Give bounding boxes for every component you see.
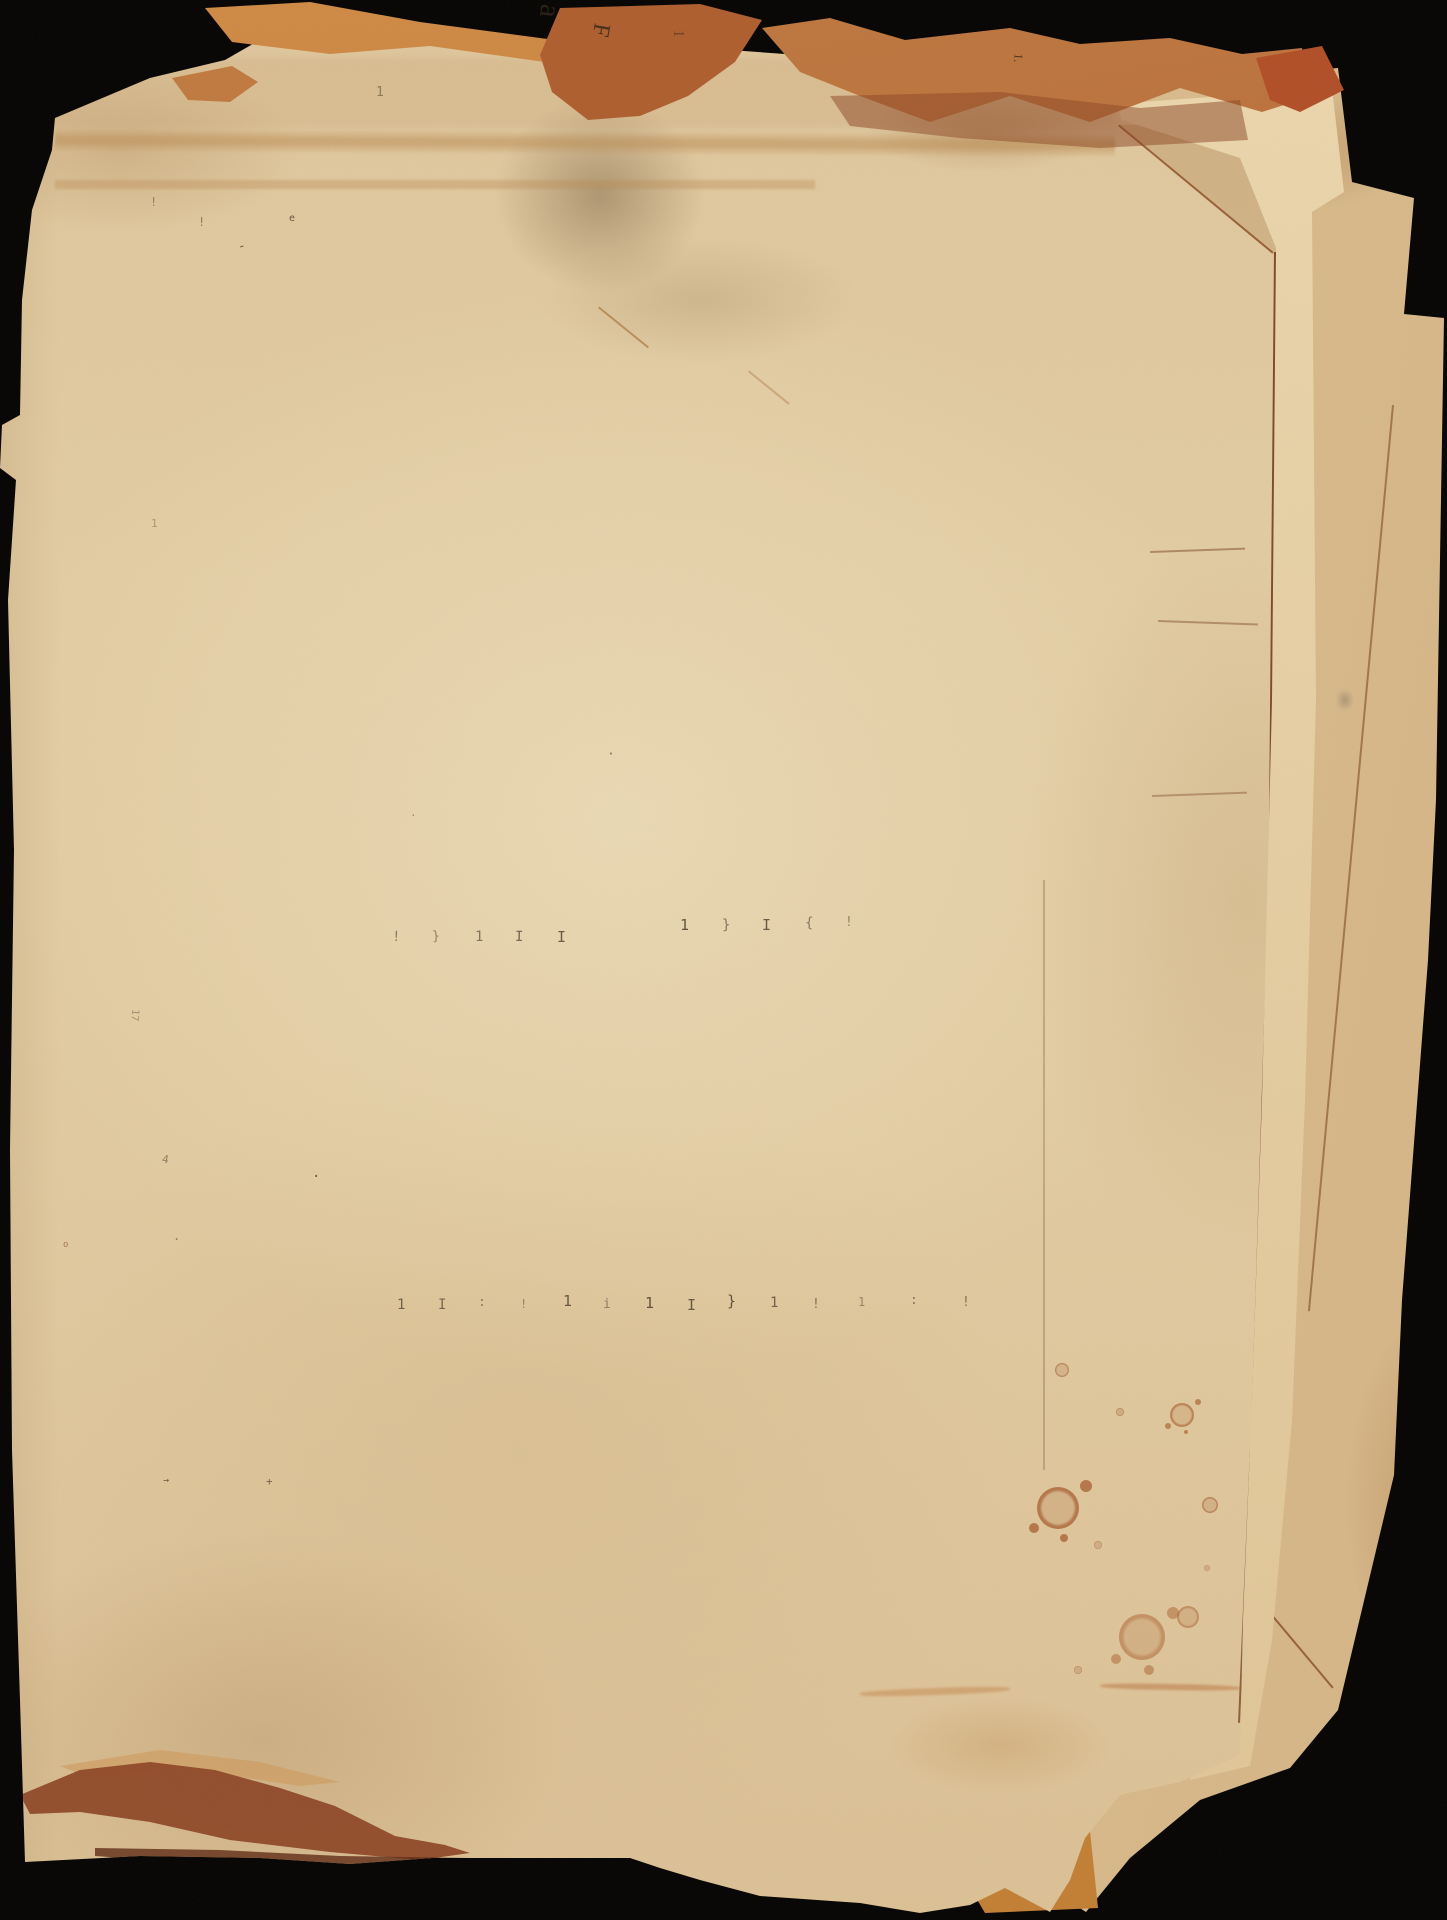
- printed-letter-fragment: a: [534, 3, 565, 20]
- printed-letter-fragment: 1: [670, 29, 685, 37]
- printed-fragment-layer: aF11.: [0, 0, 1447, 1920]
- printed-letter-fragment: 1.: [1012, 53, 1025, 63]
- printed-letter-fragment: F: [588, 21, 614, 38]
- photo-of-paper-stack: !}1II1}I{!1I:!1i1I}1!1:! 1!!e-1174o.→+··…: [0, 0, 1447, 1920]
